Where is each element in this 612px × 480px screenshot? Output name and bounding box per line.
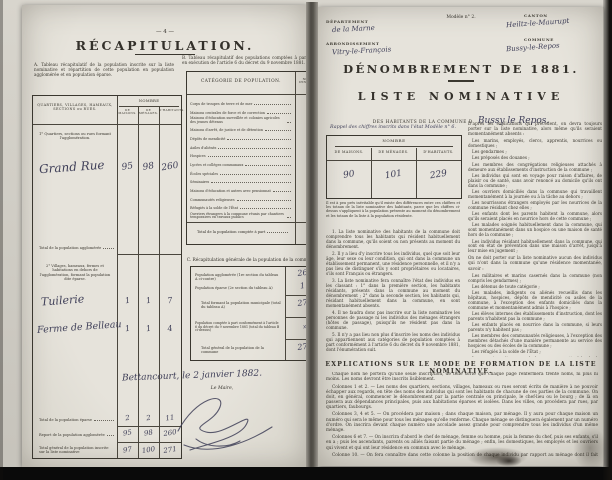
row-tuilerie-name: Tuilerie [41, 293, 85, 309]
scan-right-edge [603, 0, 612, 480]
explications-paragraphs: Chaque nom ne portera qu'une seule inscr… [326, 372, 598, 458]
sub-menages: DE MÉNAGES. [138, 109, 159, 115]
rappel-nombre-header: NOMBRE [327, 138, 461, 143]
table-b-categorie-header: CATÉGORIE DE POPULATION. [187, 79, 295, 84]
rappel-val-habitants: 229 [415, 167, 461, 184]
page-number: — 4 — [22, 29, 308, 35]
table-a-vline [159, 107, 160, 458]
census-scan: { "colors": { "paper": "#e6e3db", "ink_p… [0, 0, 612, 480]
table-b-categories: CATÉGORIE DE POPULATION. NOMBRE D'INDIVI… [186, 71, 326, 245]
grand-rue-menages: 98 [137, 160, 159, 173]
rappel-brace [335, 146, 453, 147]
rappel-header-rule [327, 160, 461, 161]
tuilerie-habitants: 7 [158, 294, 181, 306]
row-comptee-label: Population comptée à part conformément à… [195, 322, 281, 333]
right-page-liste-nominative: Modèle n° 2. DÉPARTEMENT de la Marne ARR… [318, 7, 604, 466]
grand-rue-habitants: 260 [158, 160, 181, 173]
row-grand-rue-name: Grand Rue [39, 158, 105, 177]
include-list: Les marins, employés, clercs, apprentis,… [468, 138, 602, 253]
rappel-val-maisons: 90 [326, 167, 371, 184]
total-agglo-rule [117, 254, 181, 255]
arrondissement-value: Vitry-le-François [332, 45, 392, 56]
instructions-paragraphs: 1. La liste nominative des habitants de … [326, 229, 460, 357]
rappel-val-menages: 101 [370, 167, 416, 184]
general-maisons: 97 [117, 444, 139, 455]
exclude-intro: On ne doit porter sur la liste nominativ… [468, 255, 602, 270]
section2-label: 2° Villages, hameaux, fermes et habitati… [37, 264, 113, 281]
commune-block: COMMUNE Bussy-le-Repos [506, 37, 600, 50]
row-agglomeree-label: Population agglomérée (1re section du ta… [195, 273, 281, 281]
table-b-total-row: Total de la population comptée à part [197, 230, 289, 234]
sub-habitants: D'HABITANTS. [159, 109, 181, 112]
nombre-brace [119, 106, 179, 107]
sub-maisons: DE MAISONS. [117, 109, 138, 115]
scan-left-edge [0, 0, 3, 480]
rappel-col-habitants: D'HABITANTS. [416, 150, 461, 154]
row-eparse-label: Population éparse (2e section du tableau… [195, 286, 281, 290]
ferme-menages: 1 [137, 322, 159, 334]
title-ornament-rule [448, 80, 474, 82]
rappel-footnote: Il est à peu près inévitable qu'il exist… [326, 201, 460, 218]
total-general-row: Total général de la population inscrite … [39, 446, 115, 455]
mayor-signature [162, 389, 292, 453]
departement-value: de la Marne [332, 24, 375, 34]
table-a-vline [117, 96, 118, 458]
report-menages: 98 [138, 427, 160, 438]
scan-bottom-band [0, 467, 612, 480]
section1-label: 1° Quartiers, sections ou rues formant l… [37, 132, 113, 141]
arrondissement-block: ARRONDISSEMENT Vitry-le-François [326, 41, 391, 55]
total-eparse-row: Total de la population éparse [39, 418, 115, 422]
report-maisons: 95 [117, 427, 139, 438]
table-b-rows: Corps de troupes de terre et de mer Mais… [190, 98, 292, 220]
table-a-nombre-header: NOMBRE [117, 98, 181, 103]
table-b-total-rule [187, 222, 325, 223]
row-municipale-label: Total formant la population municipale (… [201, 301, 281, 309]
include-intro: D'après les explications qui précèdent, … [468, 121, 602, 136]
eparse-maisons: 2 [117, 412, 139, 423]
tuilerie-maisons: 1 [116, 294, 138, 306]
book-spine [306, 2, 318, 468]
rappel-col-menages: DE MÉNAGES. [371, 150, 416, 154]
table-a-rubrique-header: QUARTIERS, VILLAGES, HAMEAUX, SECTIONS o… [35, 103, 115, 111]
rappel-caption: Rappel des chiffres inscrits dans l'état… [326, 125, 460, 130]
table-a-header-rule [33, 124, 181, 125]
row-ferme-name: Ferme de Belleau [37, 319, 122, 336]
left-page-recapitulation: — 4 — RÉCAPITULATION. A. Tableau récapit… [22, 5, 308, 467]
canton-block: CANTON Heiltz-le-Maurupt [506, 13, 600, 26]
departement-block: DÉPARTEMENT de la Marne [326, 19, 375, 33]
denombrement-title: DÉNOMBREMENT DE 1881. [318, 62, 604, 76]
note-a: A. Tableau récapitulatif de la populatio… [34, 62, 174, 77]
tuilerie-menages: 1 [137, 294, 159, 306]
grand-rue-maisons: 95 [116, 160, 138, 173]
table-a-population: QUARTIERS, VILLAGES, HAMEAUX, SECTIONS o… [32, 95, 182, 459]
ferme-habitants: 4 [158, 322, 181, 334]
report-agglo-row: Report de la population agglomérée [39, 433, 115, 437]
lists-column: D'après les explications qui précèdent, … [468, 121, 602, 357]
table-a-vline [138, 107, 139, 458]
table-c-title: C. Récapitulation générale de la populat… [178, 258, 326, 263]
rappel-col-maisons: DE MAISONS. [327, 150, 371, 154]
eparse-menages: 2 [138, 412, 160, 423]
liste-nominative-title: LISTE NOMINATIVE [318, 90, 604, 103]
recap-title: RÉCAPITULATION. [22, 38, 308, 53]
table-b-header-rule [187, 94, 325, 95]
total-agglo-row: Total de la population agglomérée [39, 246, 115, 250]
general-menages: 100 [138, 444, 160, 455]
ferme-maisons: 1 [116, 322, 138, 334]
note-b: B. Tableau récapitulatif des populations… [182, 55, 308, 65]
rappel-table: NOMBRE DE MAISONS. DE MÉNAGES. D'HABITAN… [326, 135, 462, 199]
row-generale-label: Total général de la population de la com… [201, 346, 281, 354]
exclude-list: Les militaires et marins casernés dans l… [468, 273, 602, 357]
